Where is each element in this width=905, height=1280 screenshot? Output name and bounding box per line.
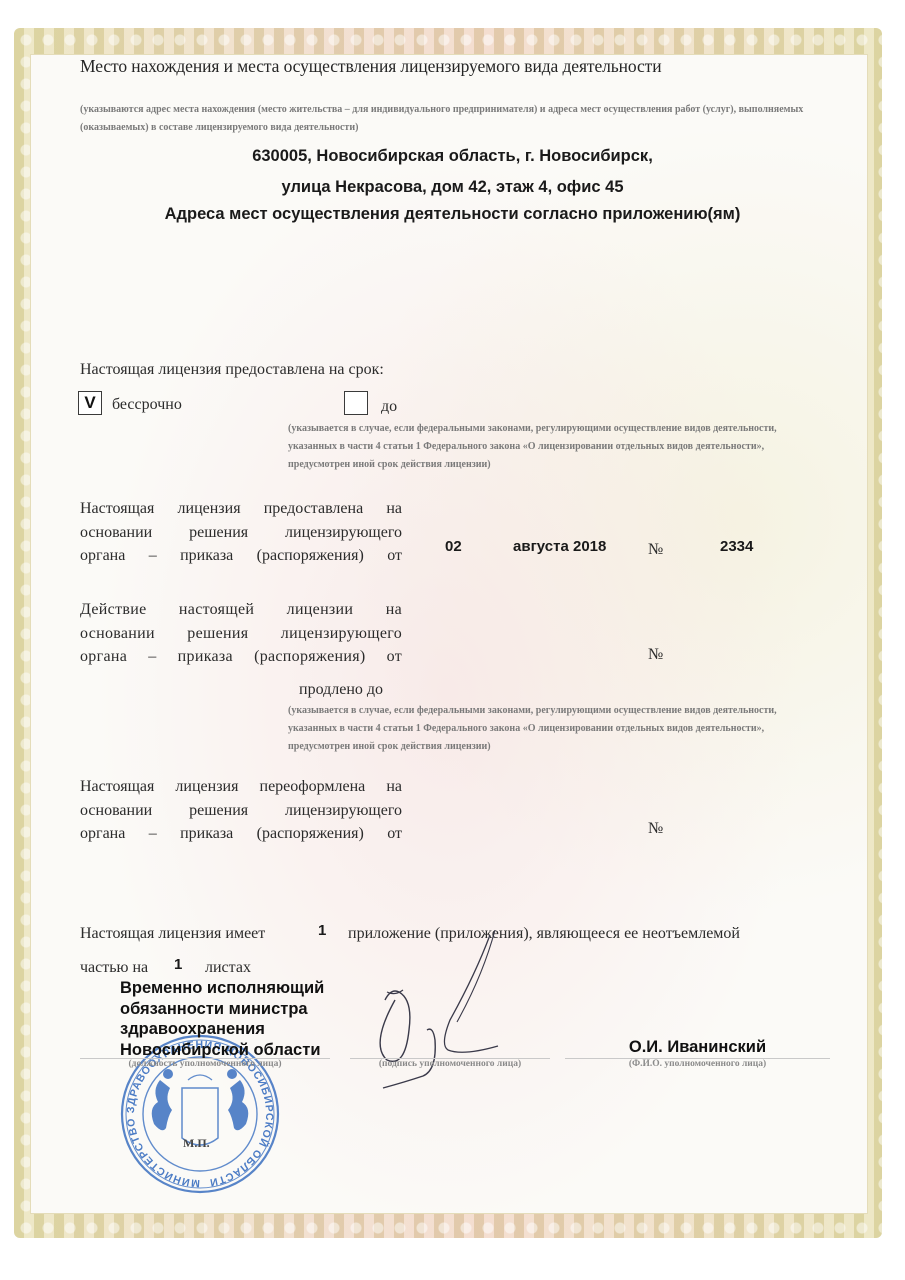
reissue-line-3: органа – приказа (распоряжения) от: [80, 822, 402, 846]
position-line-1: Временно исполняющий: [120, 978, 324, 999]
attachments-sheets-label: листах: [205, 959, 251, 977]
attachments-sheets-count: 1: [174, 956, 182, 973]
extension-number-sign: №: [648, 646, 663, 664]
reissue-basis-text: Настоящая лицензия переоформлена на осно…: [80, 775, 402, 846]
attachments-count: 1: [318, 922, 326, 939]
position-line-4: Новосибирской области: [120, 1040, 324, 1061]
term-label: Настоящая лицензия предоставлена на срок…: [80, 361, 384, 379]
address-line-1: 630005, Новосибирская область, г. Новоси…: [0, 147, 905, 166]
grant-number-sign: №: [648, 541, 663, 559]
extension-hint: (указывается в случае, если федеральными…: [288, 702, 828, 756]
grant-basis-text: Настоящая лицензия предоставлена на осно…: [80, 497, 402, 568]
until-label: до: [381, 398, 397, 416]
attachments-text-before: Настоящая лицензия имеет: [80, 925, 265, 943]
position-line-3: здравоохранения: [120, 1019, 324, 1040]
location-hint: (указываются адрес места нахождения (мес…: [80, 101, 820, 137]
attachments-part-text: частью на: [80, 959, 148, 977]
grant-line-3: органа – приказа (распоряжения) от: [80, 544, 402, 568]
position-caption: (должность уполномоченного лица): [80, 1059, 330, 1069]
address-line-2: улица Некрасова, дом 42, этаж 4, офис 45: [0, 178, 905, 197]
address-line-3: Адреса мест осуществления деятельности с…: [0, 205, 905, 224]
grant-day: 02: [445, 538, 462, 555]
signatory-name: О.И. Иванинский: [565, 1038, 830, 1057]
grant-month-year: августа 2018: [513, 538, 606, 555]
grant-order-number: 2334: [720, 538, 753, 555]
extended-until-label: продлено до: [299, 681, 383, 699]
grant-line-1: Настоящая лицензия предоставлена на: [80, 497, 402, 521]
until-checkbox[interactable]: [344, 391, 368, 415]
seal-label: М.П.: [183, 1136, 210, 1151]
signatory-position: Временно исполняющий обязанности министр…: [120, 978, 324, 1060]
unlimited-checkbox[interactable]: V: [78, 391, 102, 415]
unlimited-label: бессрочно: [112, 396, 182, 414]
signature-caption: (подпись уполномоченного лица): [350, 1059, 550, 1069]
name-caption: (Ф.И.О. уполномоченного лица): [565, 1059, 830, 1069]
reissue-line-2: основании решения лицензирующего: [80, 799, 402, 823]
extension-line-2: основании решения лицензирующего: [80, 622, 402, 646]
grant-line-2: основании решения лицензирующего: [80, 521, 402, 545]
reissue-line-1: Настоящая лицензия переоформлена на: [80, 775, 402, 799]
extension-line-3: органа – приказа (распоряжения) от: [80, 645, 402, 669]
reissue-number-sign: №: [648, 820, 663, 838]
extension-line-1: Действие настоящей лицензии на: [80, 598, 402, 622]
extension-basis-text: Действие настоящей лицензии на основании…: [80, 598, 402, 669]
location-title: Место нахождения и места осуществления л…: [80, 56, 661, 77]
term-hint: (указывается в случае, если федеральными…: [288, 420, 828, 474]
position-line-2: обязанности министра: [120, 999, 324, 1020]
